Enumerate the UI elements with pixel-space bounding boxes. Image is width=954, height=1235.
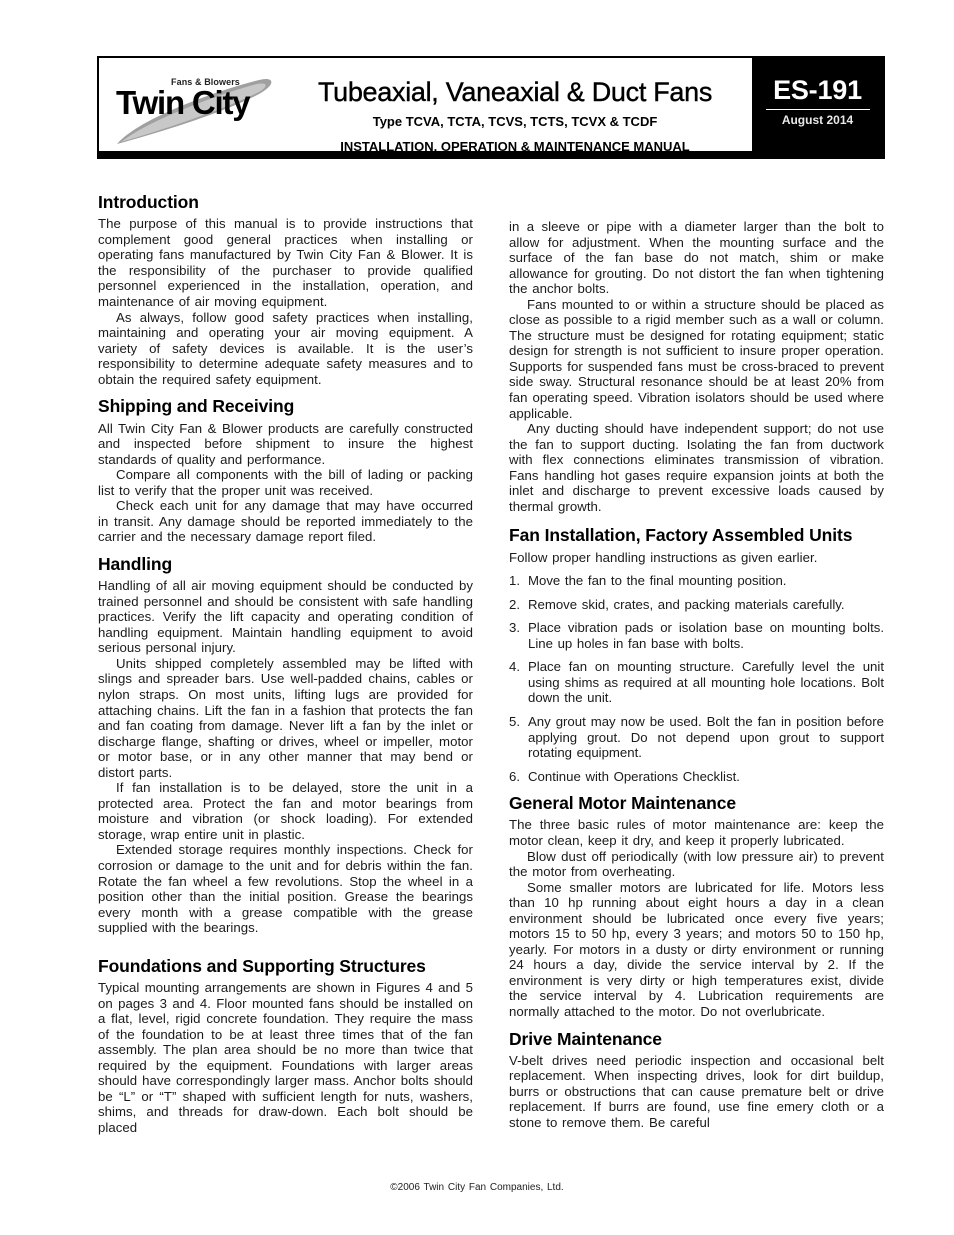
paragraph: Extended storage requires monthly inspec…: [98, 842, 473, 935]
paragraph: in a sleeve or pipe with a diameter larg…: [509, 219, 884, 297]
section-foundations: Foundations and Supporting Structures Ty…: [98, 957, 473, 1136]
section-heading: Foundations and Supporting Structures: [98, 957, 473, 976]
manual-type-subtitle: INSTALLATION, OPERATION & MAINTENANCE MA…: [279, 138, 751, 156]
paragraph: The three basic rules of motor maintenan…: [509, 817, 884, 848]
document-date: August 2014: [752, 113, 883, 127]
paragraph: If fan installation is to be delayed, st…: [98, 780, 473, 842]
paragraph: Follow proper handling instructions as g…: [509, 550, 884, 566]
paragraph: Fans mounted to or within a structure sh…: [509, 297, 884, 421]
document-title: Tubeaxial, Vaneaxial & Duct Fans: [279, 78, 751, 106]
right-column: in a sleeve or pipe with a diameter larg…: [509, 219, 884, 1141]
section-introduction: Introduction The purpose of this manual …: [98, 193, 473, 387]
document-id-panel: ES-191 August 2014: [752, 58, 883, 151]
paragraph: As always, follow good safety practices …: [98, 310, 473, 388]
section-heading: Shipping and Receiving: [98, 397, 473, 416]
paragraph: Blow dust off periodically (with low pre…: [509, 849, 884, 880]
twin-city-logo: Fans & Blowers Twin City: [109, 68, 274, 148]
divider: [766, 109, 870, 110]
section-handling: Handling Handling of all air moving equi…: [98, 555, 473, 936]
paragraph: Units shipped completely assembled may b…: [98, 656, 473, 780]
list-item: 3.Place vibration pads or isolation base…: [509, 620, 884, 651]
list-item: 1.Move the fan to the final mounting pos…: [509, 573, 884, 589]
list-item: 6.Continue with Operations Checklist.: [509, 769, 884, 785]
left-column: Introduction The purpose of this manual …: [98, 193, 473, 1145]
paragraph: Check each unit for any damage that may …: [98, 498, 473, 545]
copyright-footer: ©2006 Twin City Fan Companies, Ltd.: [0, 1182, 954, 1193]
paragraph: V-belt drives need periodic inspection a…: [509, 1053, 884, 1131]
section-fan-installation: Fan Installation, Factory Assembled Unit…: [509, 526, 884, 784]
paragraph: Any ducting should have independent supp…: [509, 421, 884, 514]
section-heading: Fan Installation, Factory Assembled Unit…: [509, 526, 884, 545]
document-number: ES-191: [752, 77, 883, 104]
paragraph: Typical mounting arrangements are shown …: [98, 980, 473, 1135]
document-header: Fans & Blowers Twin City Tubeaxial, Vane…: [97, 56, 885, 159]
paragraph: Handling of all air moving equipment sho…: [98, 578, 473, 656]
fan-types-subtitle: Type TCVA, TCTA, TCVS, TCTS, TCVX & TCDF: [279, 113, 751, 131]
list-item: 5.Any grout may now be used. Bolt the fa…: [509, 714, 884, 761]
paragraph: The purpose of this manual is to provide…: [98, 216, 473, 309]
paragraph: Compare all components with the bill of …: [98, 467, 473, 498]
installation-steps-list: 1.Move the fan to the final mounting pos…: [509, 573, 884, 784]
paragraph: All Twin City Fan & Blower products are …: [98, 421, 473, 468]
section-motor-maintenance: General Motor Maintenance The three basi…: [509, 794, 884, 1019]
list-item: 4.Place fan on mounting structure. Caref…: [509, 659, 884, 706]
section-heading: Introduction: [98, 193, 473, 212]
section-foundations-continued: in a sleeve or pipe with a diameter larg…: [509, 219, 884, 514]
section-heading: General Motor Maintenance: [509, 794, 884, 813]
list-item: 2.Remove skid, crates, and packing mater…: [509, 597, 884, 613]
section-heading: Drive Maintenance: [509, 1030, 884, 1049]
paragraph: Some smaller motors are lubricated for l…: [509, 880, 884, 1020]
section-heading: Handling: [98, 555, 473, 574]
section-drive-maintenance: Drive Maintenance V-belt drives need per…: [509, 1030, 884, 1131]
logo-wordmark: Twin City: [116, 86, 249, 119]
section-shipping-receiving: Shipping and Receiving All Twin City Fan…: [98, 397, 473, 545]
title-block: Tubeaxial, Vaneaxial & Duct Fans Type TC…: [279, 58, 751, 155]
